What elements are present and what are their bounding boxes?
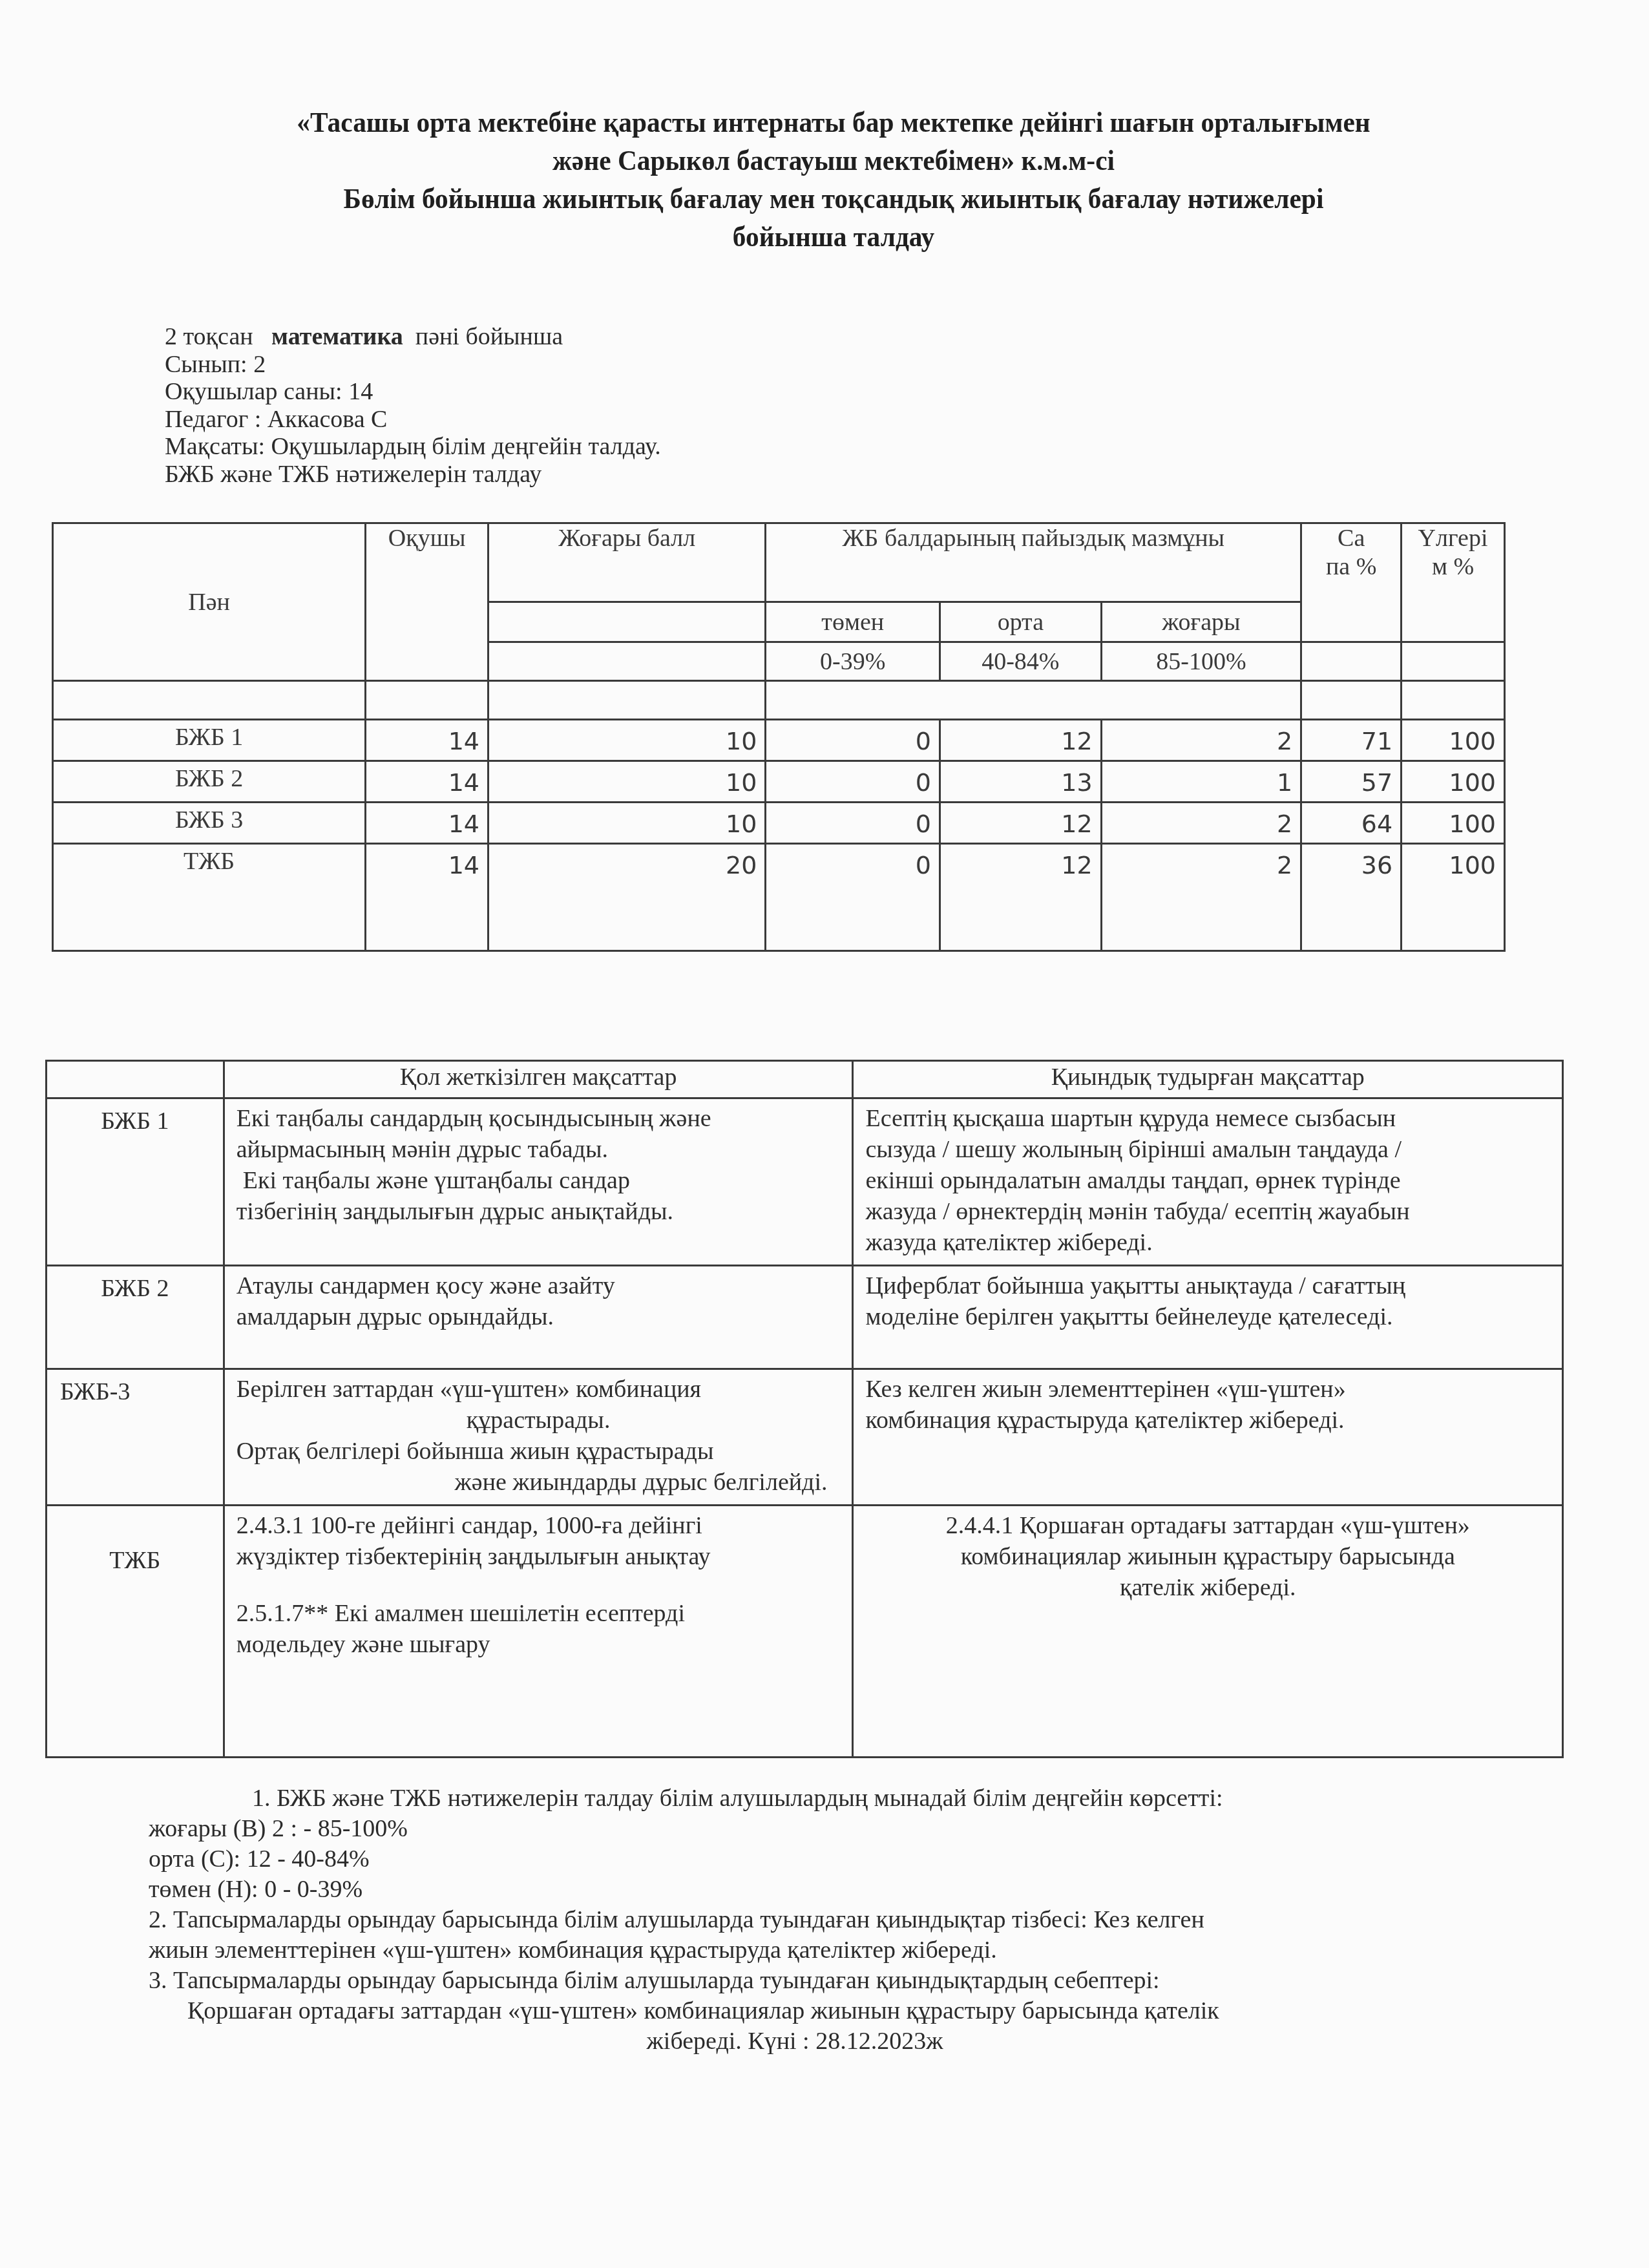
achieved-goals: Берілген заттардан «үш-үштен» комбинация…	[224, 1369, 853, 1506]
header-quality-line: па %	[1302, 552, 1400, 581]
cell-quality: 64	[1301, 803, 1402, 844]
goal-line: жүздіктер тізбектерінің заңдылығын анықт…	[236, 1541, 841, 1572]
achieved-goals: Екі таңбалы сандардың қосындысының және …	[224, 1098, 853, 1266]
title-line: және Сарыкөл бастауыш мектебімен» к.м.м-…	[209, 142, 1458, 180]
header-progress-line: м %	[1402, 552, 1504, 581]
document-page: «Тасашы орта мектебіне қарасты интернаты…	[0, 0, 1649, 2268]
row-name: ТЖБ	[53, 844, 366, 951]
difficult-goals: Циферблат бойынша уақытты анықтауда / са…	[853, 1266, 1563, 1369]
goal-line: айырмасының мәнін дұрыс табады.	[236, 1134, 841, 1165]
title-line: Бөлім бойынша жиынтық бағалау мен тоқсан…	[209, 180, 1458, 218]
header-mid: орта	[940, 602, 1102, 642]
header-max-score: Жоғары балл	[488, 523, 766, 602]
subject-name: математика	[271, 323, 403, 350]
note-level-mid: орта (С): 12 - 40-84%	[149, 1844, 1441, 1874]
header-progress-line: Үлгері	[1402, 524, 1504, 552]
cell-mid: 12	[940, 844, 1102, 951]
row-name: БЖБ 1	[47, 1098, 224, 1266]
note-level-low: төмен (Н): 0 - 0-39%	[149, 1874, 1441, 1905]
header-subject: Пән	[53, 523, 366, 681]
difficult-goals: 2.4.4.1 Қоршаған ортадағы заттардан «үш-…	[853, 1506, 1563, 1758]
goal-line: және жиындарды дұрыс белгілейді.	[236, 1467, 841, 1498]
goal-line: Атаулы сандармен қосу және азайту	[236, 1270, 841, 1301]
goal-line: құрастырады.	[236, 1405, 841, 1436]
goal-line: Екі таңбалы сандардың қосындысының және	[236, 1103, 841, 1134]
achieved-goals: Атаулы сандармен қосу және азайту амалда…	[224, 1266, 853, 1369]
header-low: төмен	[766, 602, 940, 642]
note-2-cont: жиын элементтерінен «үш-үштен» комбинаци…	[149, 1935, 1441, 1966]
cell-low: 0	[766, 761, 940, 803]
cell-max-score: 10	[488, 720, 766, 761]
note-level-high: жоғары (В) 2 : - 85-100%	[149, 1814, 1441, 1844]
difficult-goals: Кез келген жиын элементтерінен «үш-үштен…	[853, 1369, 1563, 1506]
goal-line: 2.4.3.1 100-ге дейінгі сандар, 1000-ға д…	[236, 1510, 841, 1541]
goal-line: Ортақ белгілері бойынша жиын құрастырады	[236, 1436, 841, 1467]
empty-cell	[366, 681, 488, 720]
note-3-cont: Қоршаған ортадағы заттардан «үш-үштен» к…	[149, 1996, 1441, 2026]
table-row: БЖБ 3 14 10 0 12 2 64 100	[53, 803, 1505, 844]
document-title: «Тасашы орта мектебіне қарасты интернаты…	[209, 103, 1458, 256]
cell-mid: 13	[940, 761, 1102, 803]
teacher-line: Педагог : Аккасова С	[165, 406, 661, 434]
row-name: БЖБ 2	[53, 761, 366, 803]
title-line: «Тасашы орта мектебіне қарасты интернаты…	[209, 103, 1458, 142]
report-meta: 2 тоқсан математика пәні бойынша Сынып: …	[165, 323, 661, 488]
goal-line	[236, 1572, 841, 1598]
empty-cell	[488, 642, 766, 681]
difficult-goals: Есептің қысқаша шартын құруда немесе сыз…	[853, 1098, 1563, 1266]
cell-low: 0	[766, 803, 940, 844]
cell-low: 0	[766, 720, 940, 761]
goal-line: 2.5.1.7** Екі амалмен шешілетін есептерд…	[236, 1598, 841, 1629]
cell-students: 14	[366, 720, 488, 761]
row-name: БЖБ 2	[47, 1266, 224, 1369]
goal-line: Мақсаты: Оқушылардың білім деңгейін талд…	[165, 433, 661, 461]
cell-students: 14	[366, 803, 488, 844]
note-3-date: жібереді. Күні : 28.12.2023ж	[149, 2026, 1441, 2057]
table-row: БЖБ 2 14 10 0 13 1 57 100	[53, 761, 1505, 803]
cell-mid: 12	[940, 803, 1102, 844]
goal-line: 2.4.4.1 Қоршаған ортадағы заттардан «үш-…	[865, 1510, 1550, 1541]
cell-max-score: 10	[488, 761, 766, 803]
cell-students: 14	[366, 761, 488, 803]
goal-line: сызуда / шешу жолының бірінші амалын таң…	[865, 1134, 1550, 1165]
empty-cell	[1301, 642, 1402, 681]
header-high: жоғары	[1101, 602, 1301, 642]
table-row: БЖБ 2 Атаулы сандармен қосу және азайту …	[47, 1266, 1563, 1369]
header-quality-line: Са	[1302, 524, 1400, 552]
empty-cell	[53, 681, 366, 720]
goal-line: Кез келген жиын элементтерінен «үш-үштен…	[865, 1374, 1550, 1405]
table-row: БЖБ 1 14 10 0 12 2 71 100	[53, 720, 1505, 761]
header-difficult: Қиындық тудырған мақсаттар	[853, 1061, 1563, 1098]
goal-line: моделіне берілген уақытты бейнелеуде қат…	[865, 1301, 1550, 1332]
cell-high: 2	[1101, 803, 1301, 844]
goal-line: қателік жібереді.	[865, 1572, 1550, 1603]
header-achieved: Қол жеткізілген мақсаттар	[224, 1061, 853, 1098]
cell-progress: 100	[1402, 761, 1505, 803]
goal-line: жазуда / өрнектердің мәнін табуда/ есепт…	[865, 1196, 1550, 1227]
achieved-goals: 2.4.3.1 100-ге дейінгі сандар, 1000-ға д…	[224, 1506, 853, 1758]
table-row: БЖБ 1 Екі таңбалы сандардың қосындысының…	[47, 1098, 1563, 1266]
cell-quality: 71	[1301, 720, 1402, 761]
table-row: БЖБ-3 Берілген заттардан «үш-үштен» комб…	[47, 1369, 1563, 1506]
row-name: БЖБ-3	[47, 1369, 224, 1506]
header-low-range: 0-39%	[766, 642, 940, 681]
goal-line: амалдарын дұрыс орындайды.	[236, 1301, 841, 1332]
section-title: БЖБ және ТЖБ нәтижелерін талдау	[165, 461, 661, 488]
goal-line: Циферблат бойынша уақытты анықтауда / са…	[865, 1270, 1550, 1301]
table-row: ТЖБ 2.4.3.1 100-ге дейінгі сандар, 1000-…	[47, 1506, 1563, 1758]
goal-line: жазуда қателіктер жібереді.	[865, 1227, 1550, 1258]
row-name: БЖБ 1	[53, 720, 366, 761]
note-3: 3. Тапсырмаларды орындау барысында білім…	[149, 1966, 1441, 1996]
title-line: бойынша талдау	[209, 218, 1458, 256]
table-row: ТЖБ 14 20 0 12 2 36 100	[53, 844, 1505, 951]
cell-max-score: 10	[488, 803, 766, 844]
quarter-label: 2 тоқсан	[165, 323, 253, 350]
cell-progress: 100	[1402, 720, 1505, 761]
goal-line: Есептің қысқаша шартын құруда немесе сыз…	[865, 1103, 1550, 1134]
conclusions: 1. БЖБ және ТЖБ нәтижелерін талдау білім…	[149, 1783, 1441, 2057]
row-name: БЖБ 3	[53, 803, 366, 844]
header-progress: Үлгері м %	[1402, 523, 1505, 642]
goal-line: тізбегінің заңдылығын дұрыс анықтайды.	[236, 1196, 841, 1227]
cell-high: 1	[1101, 761, 1301, 803]
header-mid-range: 40-84%	[940, 642, 1102, 681]
class-line: Сынып: 2	[165, 351, 661, 379]
header-students: Оқушы	[366, 523, 488, 681]
empty-cell	[1402, 642, 1505, 681]
goal-line: модельдеу және шығару	[236, 1629, 841, 1660]
goals-table: Қол жеткізілген мақсаттар Қиындық тудырғ…	[45, 1060, 1564, 1758]
header-quality: Са па %	[1301, 523, 1402, 642]
cell-mid: 12	[940, 720, 1102, 761]
empty-cell	[766, 681, 1301, 720]
empty-cell	[1301, 681, 1402, 720]
goal-line: Екі таңбалы және үштаңбалы сандар	[236, 1165, 841, 1196]
students-count-line: Оқушылар саны: 14	[165, 378, 661, 406]
goal-line: Берілген заттардан «үш-үштен» комбинация	[236, 1374, 841, 1405]
empty-cell	[1402, 681, 1505, 720]
empty-cell	[488, 681, 766, 720]
subject-suffix: пәні бойынша	[415, 323, 563, 350]
empty-cell	[488, 602, 766, 642]
cell-progress: 100	[1402, 803, 1505, 844]
empty-cell	[47, 1061, 224, 1098]
note-1: 1. БЖБ және ТЖБ нәтижелерін талдау білім…	[149, 1783, 1441, 1814]
cell-max-score: 20	[488, 844, 766, 951]
row-name: ТЖБ	[47, 1506, 224, 1758]
results-table: Пән Оқушы Жоғары балл ЖБ балдарының пайы…	[52, 522, 1506, 952]
header-high-range: 85-100%	[1101, 642, 1301, 681]
cell-students: 14	[366, 844, 488, 951]
cell-quality: 36	[1301, 844, 1402, 951]
cell-high: 2	[1101, 844, 1301, 951]
goal-line: комбинация құрастыруда қателіктер жібере…	[865, 1405, 1550, 1436]
header-distribution: ЖБ балдарының пайыздық мазмұны	[766, 523, 1301, 602]
note-2: 2. Тапсырмаларды орындау барысында білім…	[149, 1905, 1441, 1935]
cell-progress: 100	[1402, 844, 1505, 951]
cell-low: 0	[766, 844, 940, 951]
goal-line: комбинациялар жиынын құрастыру барысында	[865, 1541, 1550, 1572]
goal-line: екінші орындалатын амалды таңдап, өрнек …	[865, 1165, 1550, 1196]
quarter-subject-line: 2 тоқсан математика пәні бойынша	[165, 323, 661, 351]
cell-quality: 57	[1301, 761, 1402, 803]
cell-high: 2	[1101, 720, 1301, 761]
